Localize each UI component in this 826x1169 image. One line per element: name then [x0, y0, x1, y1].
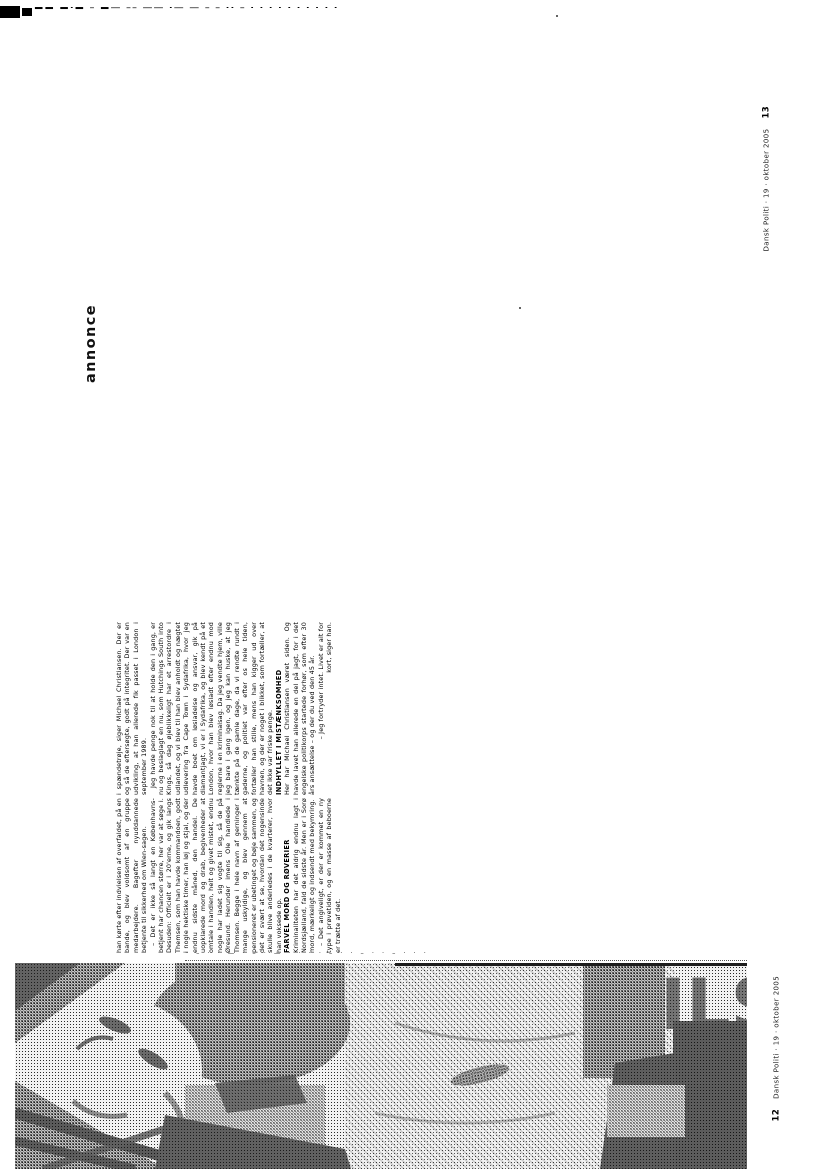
- photo-credit-marks: · – · · — · – · — · · · · – · · – · · – …: [186, 949, 744, 957]
- article-subheading: INDHYLLET I MISTÆNKSOMHED: [275, 622, 283, 795]
- article-paragraph: han kørte efter indvielsen af overfaldet…: [115, 798, 149, 953]
- halftone-photo: ILS: [15, 963, 747, 1169]
- dotted-rule: [185, 960, 747, 961]
- scan-speck: [556, 15, 558, 17]
- article-column-second: i spændetrøje, siger Michael Christianse…: [115, 622, 352, 795]
- footer-page-number: 13: [761, 106, 771, 119]
- scan-speck: [519, 307, 521, 309]
- article-paragraph: Her har Michael Christiansen været siden…: [283, 622, 317, 795]
- scan-edge-dashes: ▬▬ ▬·▬ – ▬— –– —— ·— — – – ·· – · · · · …: [34, 5, 574, 13]
- footer-page-number: 12: [771, 1109, 781, 1122]
- article-paragraph: – Det er ikke så langt en Københavns-bet…: [149, 798, 284, 953]
- footer-page-13: Dansk Politi · 19 · oktober 2005 13: [761, 68, 772, 252]
- article-paragraph: – Jeg fortryder intet. Livet er alt for …: [317, 622, 334, 795]
- article-column-first: han kørte efter indvielsen af overfaldet…: [115, 798, 352, 953]
- footer-page-12: 12 Dansk Politi · 19 · oktober 2005: [771, 948, 782, 1122]
- annonce-label: annonce: [83, 283, 99, 383]
- article-paragraph: – Det angiveligt, er der er kommet en ny…: [317, 798, 342, 953]
- article-paragraph: i spændetrøje, siger Michael Christianse…: [115, 622, 149, 795]
- scan-corner-mark-small: [22, 8, 32, 16]
- article-subheading: FARVEL MORD OG RØVERIER: [283, 798, 291, 953]
- article-paragraph: Kriminaliteten har det aldrig endnu lagt…: [292, 798, 317, 953]
- footer-issue-label: Dansk Politi · 19 · oktober 2005: [762, 129, 770, 252]
- article-paragraph: Jeg havde penge nok til at holde den i g…: [149, 622, 275, 795]
- scan-corner-mark: [0, 6, 20, 18]
- scanned-magazine-spread: { "colors": { "ink": "#1a1a1a", "paper":…: [0, 0, 826, 1169]
- halftone-photo-svg: ILS: [15, 963, 747, 1169]
- footer-issue-label: Dansk Politi · 19 · oktober 2005: [772, 976, 780, 1099]
